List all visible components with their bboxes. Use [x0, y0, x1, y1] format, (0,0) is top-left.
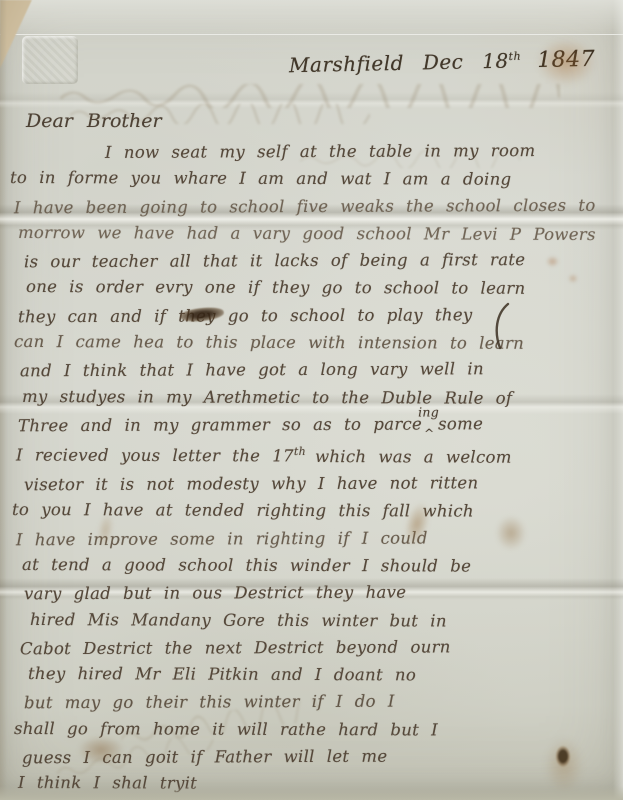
letter-line: but may go their this winter if I do I: [10, 687, 611, 717]
letter-line: at tend a good school this winder I shou…: [10, 551, 611, 580]
paper-edge-left: [0, 0, 7, 800]
letter-line: to you I have at tended righting this fa…: [10, 496, 611, 525]
letter-line: visetor it is not modesty why I have not…: [10, 469, 611, 499]
letter-line: they hired Mr Eli Pitkin and I doant no: [10, 660, 611, 689]
scanned-letter-page: { "page": { "paper_color": "#d7d8d0", "i…: [0, 0, 623, 800]
letter-line: guess I can goit if Father will let me: [10, 742, 611, 772]
letter-line: they can and if they go to school to pla…: [10, 300, 611, 330]
letter-line: shall go from home it will rathe hard bu…: [10, 715, 611, 744]
letter-line: morrow we have had a vary good school Mr…: [10, 219, 611, 248]
paper-edge-right: [613, 0, 623, 800]
superscript-th: th: [294, 445, 306, 458]
line-text: some: [438, 414, 483, 433]
letter-line: I have improve some in righting if I cou…: [10, 523, 611, 553]
line-text: I recieved yous letter the 17: [16, 446, 294, 466]
letter-line: my studyes in my Arethmetic to the Duble…: [10, 383, 611, 412]
letter-line: is our teacher all that it lacks of bein…: [10, 246, 611, 276]
letter-line: can I came hea to this place with intens…: [10, 328, 611, 357]
letter-line: vary glad but in ous Destrict they have: [10, 578, 611, 608]
line-text: Three and in my grammer so as to parce: [18, 414, 422, 435]
letter-line: and I think that I have got a long vary …: [10, 355, 611, 385]
paper-edge-bottom: [0, 786, 623, 800]
embossed-stamp: [22, 36, 78, 84]
letter-line: Cabot Destrict the next Destrict beyond …: [10, 633, 611, 663]
dateline-superscript: th: [508, 50, 521, 63]
letter-line: I recieved yous letter the 17thwhich was…: [10, 437, 611, 471]
letter-line: hired Mis Mandany Gore this winter but i…: [10, 605, 611, 634]
letter-body: I now seat my self at the table in my ro…: [10, 138, 611, 798]
letter-line: Three and in my grammer so as to parcein…: [10, 410, 611, 440]
letter-line: one is order evry one if they go to scho…: [10, 273, 611, 302]
salutation: Dear Brother: [26, 110, 162, 132]
dateline-year: 1847: [537, 47, 596, 73]
insertion-point: ing^: [422, 413, 438, 430]
top-fold-band: [0, 0, 623, 35]
letter-line: I now seat my self at the table in my ro…: [10, 137, 611, 167]
line-text: which was a welcom: [315, 447, 512, 467]
letter-line: to in forme you whare I am and wat I am …: [10, 164, 611, 193]
letter-line: I have been going to school five weaks t…: [10, 191, 611, 221]
dateline-place-date: Marshfield Dec 18: [289, 49, 509, 78]
ink-flourish: [492, 302, 514, 350]
flourish-stroke: [492, 302, 514, 350]
